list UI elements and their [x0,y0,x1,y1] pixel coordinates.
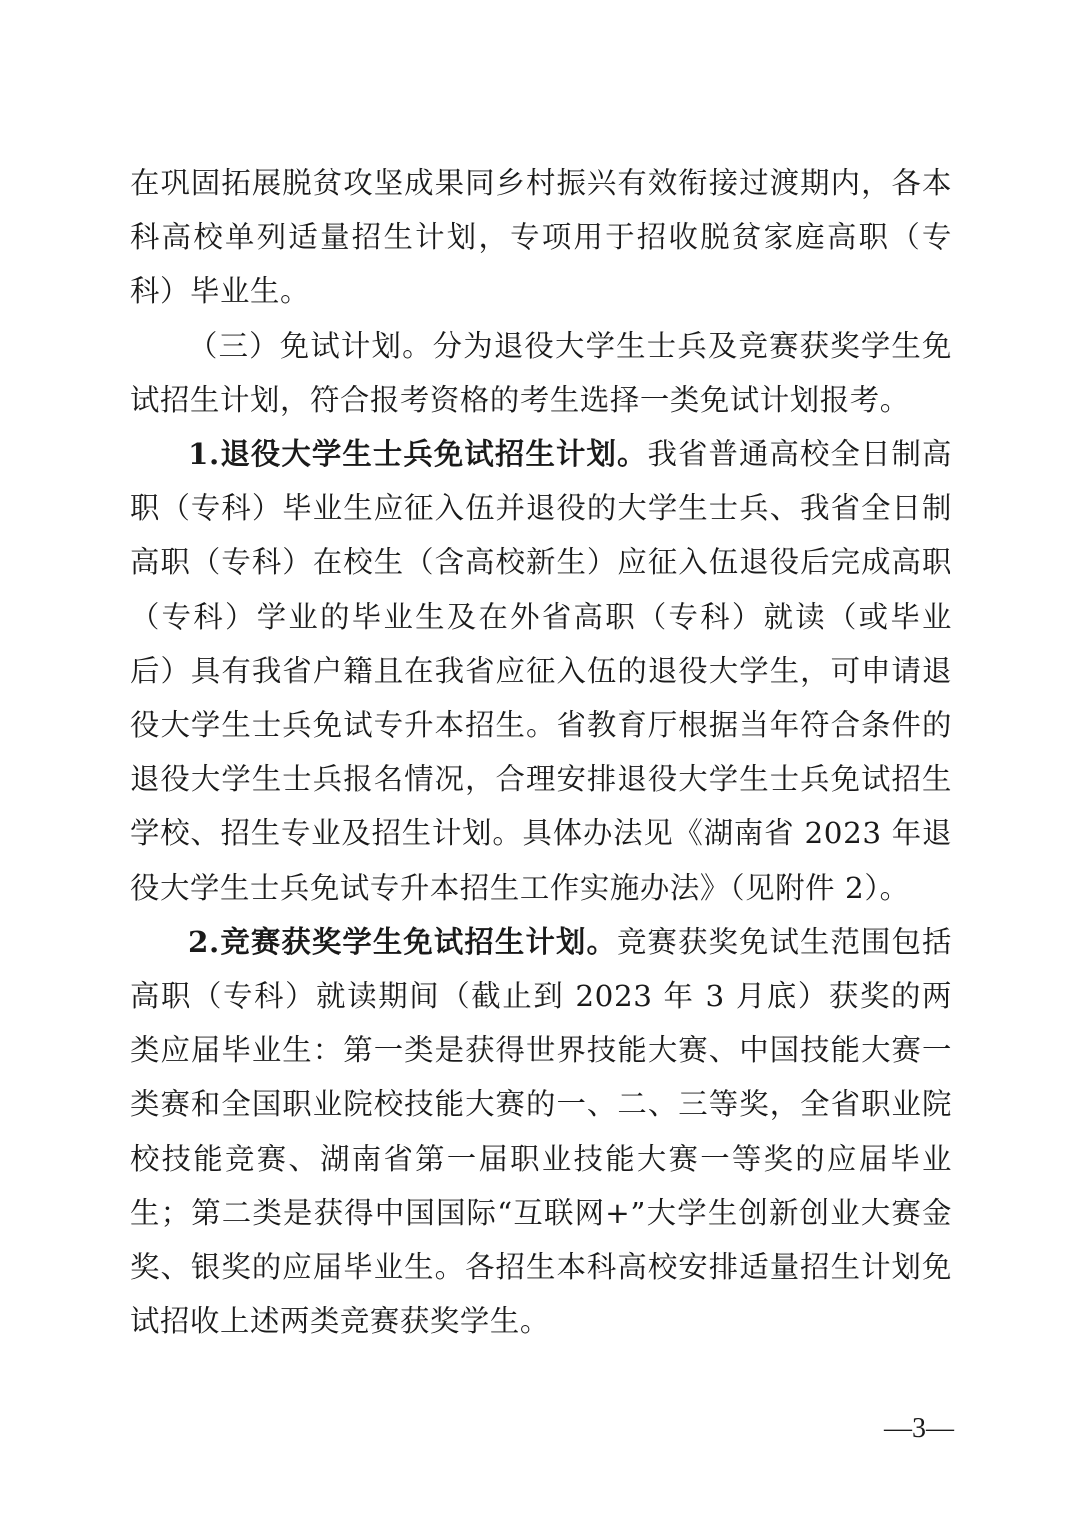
page-number: —3— [884,1411,954,1447]
paragraph-exam-free-plan: （三）免试计划。分为退役大学生士兵及竞赛获奖学生免试招生计划，符合报考资格的考生… [130,319,952,427]
section-heading-competition-plan: 2.竞赛获奖学生免试招生计划。 [188,924,617,959]
section-heading-veteran-plan: 1.退役大学生士兵免试招生计划。 [188,436,647,471]
document-page: 在巩固拓展脱贫攻坚成果同乡村振兴有效衔接过渡期内，各本科高校单列适量招生计划，专… [130,156,952,1348]
paragraph-text: 我省普通高校全日制高职（专科）毕业生应征入伍并退役的大学生士兵、我省全日制高职（… [130,437,952,905]
paragraph-competition-plan: 2.竞赛获奖学生免试招生计划。竞赛获奖免试生范围包括高职（专科）就读期间（截止到… [130,915,952,1349]
paragraph-veteran-plan: 1.退役大学生士兵免试招生计划。我省普通高校全日制高职（专科）毕业生应征入伍并退… [130,427,952,915]
paragraph-poverty-plan-continuation: 在巩固拓展脱贫攻坚成果同乡村振兴有效衔接过渡期内，各本科高校单列适量招生计划，专… [130,156,952,319]
paragraph-text: 在巩固拓展脱贫攻坚成果同乡村振兴有效衔接过渡期内，各本科高校单列适量招生计划，专… [130,166,952,308]
paragraph-text: 竞赛获奖免试生范围包括高职（专科）就读期间（截止到 2023 年 3 月底）获奖… [130,925,952,1338]
paragraph-text: （三）免试计划。分为退役大学生士兵及竞赛获奖学生免试招生计划，符合报考资格的考生… [130,329,952,417]
